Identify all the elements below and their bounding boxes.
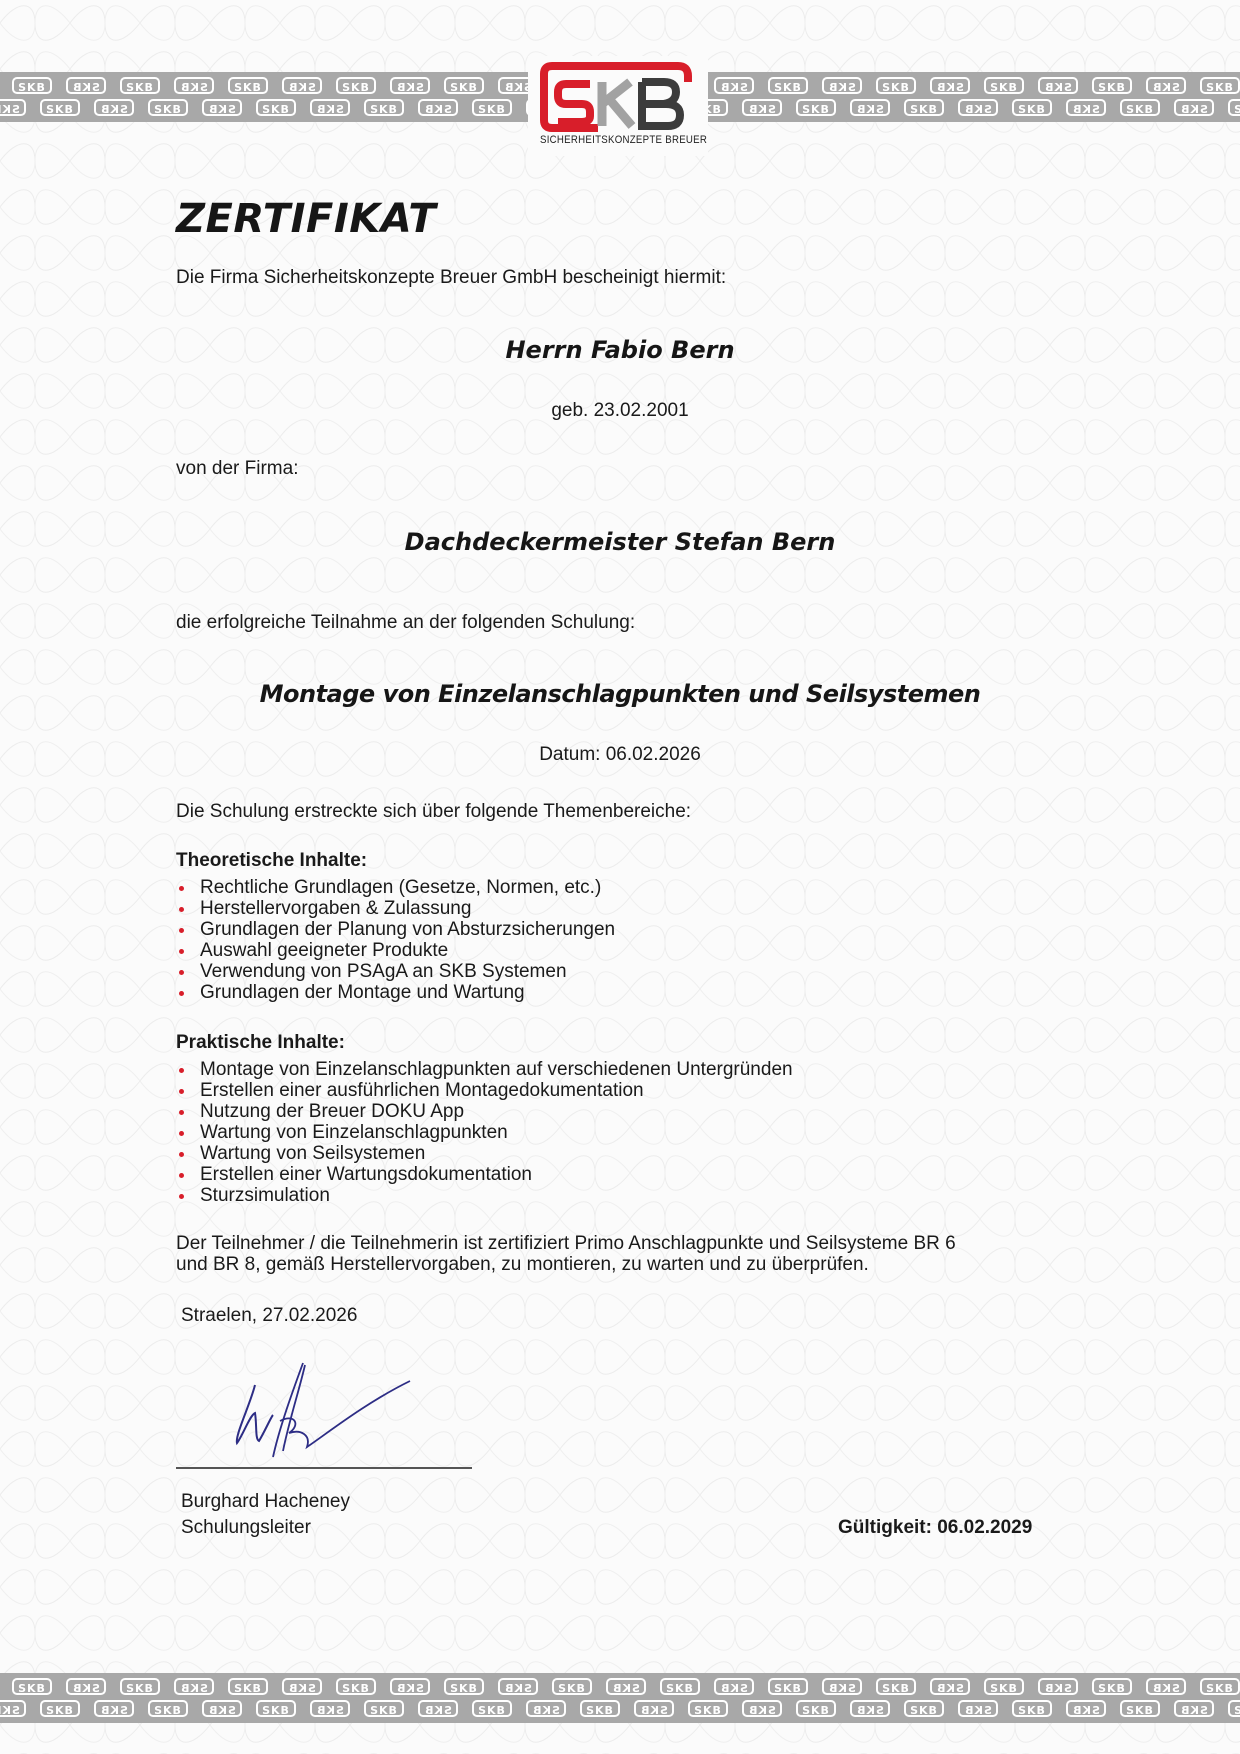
topic-list-item: Nutzung der Breuer DOKU App [176,1101,793,1122]
validity-date: Gültigkeit: 06.02.2029 [838,1517,1032,1539]
statement-line-2: und BR 8, gemäß Herstellervorgaben, zu m… [176,1254,869,1276]
practice-topic-list: Montage von Einzelanschlagpunkten auf ve… [176,1059,793,1206]
company-label: von der Firma: [176,458,298,480]
participation-text: die erfolgreiche Teilnahme an der folgen… [176,612,635,634]
signer-name: Burghard Hacheney [181,1491,350,1513]
intro-text: Die Firma Sicherheitskonzepte Breuer Gmb… [176,267,726,289]
signature-line [176,1467,472,1469]
company-name: Dachdeckermeister Stefan Bern [0,528,1240,556]
signer-role: Schulungsleiter [181,1517,311,1539]
topic-list-item: Grundlagen der Montage und Wartung [176,982,615,1003]
certificate-body: ZERTIFIKAT Die Firma Sicherheitskonzepte… [0,0,1240,1754]
signature-image [225,1355,425,1465]
topic-list-item: Wartung von Einzelanschlagpunkten [176,1122,793,1143]
statement-line-1: Der Teilnehmer / die Teilnehmerin ist ze… [176,1233,956,1255]
topic-list-item: Erstellen einer ausführlichen Montagedok… [176,1080,793,1101]
topic-list-item: Erstellen einer Wartungsdokumentation [176,1164,793,1185]
certificate-title: ZERTIFIKAT [176,196,436,242]
course-title: Montage von Einzelanschlagpunkten und Se… [0,680,1240,708]
topic-list-item: Verwendung von PSAgA an SKB Systemen [176,961,615,982]
recipient-name: Herrn Fabio Bern [0,336,1240,364]
theory-section-title: Theoretische Inhalte: [176,850,367,872]
topic-list-item: Wartung von Seilsystemen [176,1143,793,1164]
topic-list-item: Sturzsimulation [176,1185,793,1206]
birth-date: geb. 23.02.2001 [0,400,1240,422]
topic-list-item: Auswahl geeigneter Produkte [176,940,615,961]
topic-list-item: Herstellervorgaben & Zulassung [176,898,615,919]
place-and-date: Straelen, 27.02.2026 [181,1305,357,1327]
topic-list-item: Grundlagen der Planung von Absturzsicher… [176,919,615,940]
course-date: Datum: 06.02.2026 [0,744,1240,766]
topic-list-item: Montage von Einzelanschlagpunkten auf ve… [176,1059,793,1080]
topics-intro: Die Schulung erstreckte sich über folgen… [176,801,691,823]
theory-topic-list: Rechtliche Grundlagen (Gesetze, Normen, … [176,877,615,1003]
practice-section-title: Praktische Inhalte: [176,1032,345,1054]
topic-list-item: Rechtliche Grundlagen (Gesetze, Normen, … [176,877,615,898]
